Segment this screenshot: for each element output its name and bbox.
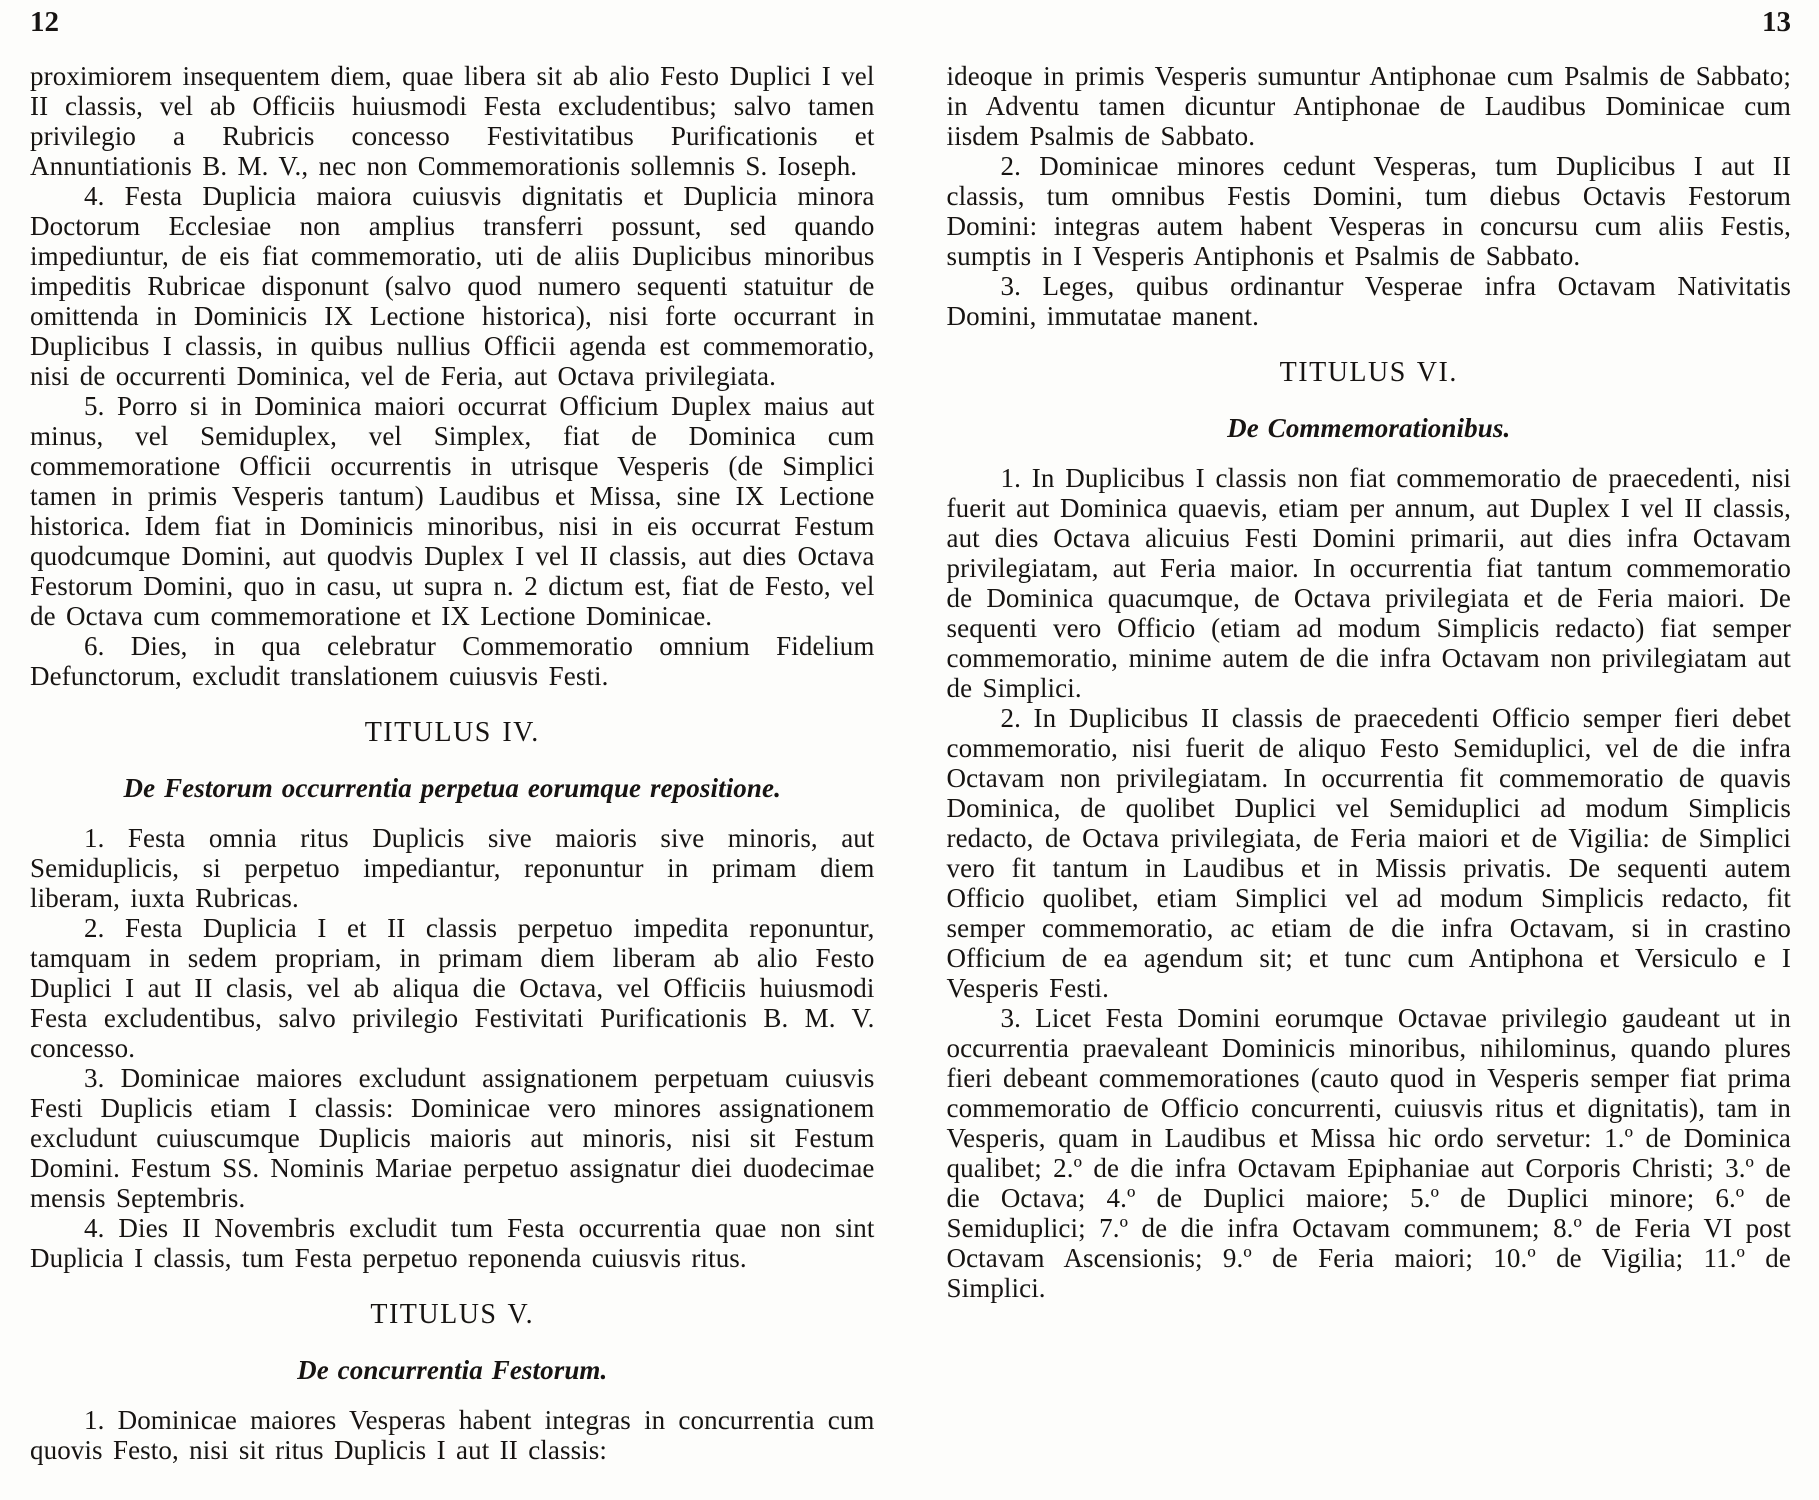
paragraph: 6. Dies, in qua celebratur Commemoratio … — [30, 631, 875, 691]
paragraph: 3. Dominicae maiores excludunt assignati… — [30, 1063, 875, 1213]
paragraph: 4. Dies II Novembris excludit tum Festa … — [30, 1213, 875, 1273]
page-13-text-column: ideoque in primis Vesperis sumuntur Anti… — [947, 61, 1792, 1303]
section-heading-titulus-vi: TITULUS VI. — [947, 358, 1792, 388]
section-subheading-titulus-v: De concurrentia Festorum. — [30, 1355, 875, 1385]
paragraph-continuation: proximiorem insequentem diem, quae liber… — [30, 61, 875, 181]
paragraph: 3. Leges, quibus ordinantur Vesperae inf… — [947, 271, 1792, 331]
page-12-text-column: proximiorem insequentem diem, quae liber… — [30, 61, 875, 1465]
paragraph: 3. Licet Festa Domini eorumque Octavae p… — [947, 1003, 1792, 1303]
paragraph: 1. Dominicae maiores Vesperas habent int… — [30, 1405, 875, 1465]
paragraph: 2. Festa Duplicia I et II classis perpet… — [30, 913, 875, 1063]
paragraph: 1. In Duplicibus I classis non fiat comm… — [947, 463, 1792, 703]
paragraph: 2. Dominicae minores cedunt Vesperas, tu… — [947, 151, 1792, 271]
section-heading-titulus-v: TITULUS V. — [30, 1300, 875, 1330]
page-12: 12 proximiorem insequentem diem, quae li… — [30, 8, 875, 1500]
section-heading-titulus-iv: TITULUS IV. — [30, 718, 875, 748]
page-number-left: 12 — [30, 8, 875, 37]
paragraph: 4. Festa Duplicia maiora cuiusvis dignit… — [30, 181, 875, 391]
book-spread: 12 proximiorem insequentem diem, quae li… — [0, 0, 1819, 1500]
paragraph: 2. In Duplicibus II classis de praeceden… — [947, 703, 1792, 1003]
section-subheading-titulus-iv: De Festorum occurrentia perpetua eorumqu… — [30, 773, 875, 803]
section-subheading-titulus-vi: De Commemorationibus. — [947, 413, 1792, 443]
page-13: 13 ideoque in primis Vesperis sumuntur A… — [947, 8, 1792, 1500]
paragraph: 5. Porro si in Dominica maiori occurrat … — [30, 391, 875, 631]
paragraph: 1. Festa omnia ritus Duplicis sive maior… — [30, 823, 875, 913]
paragraph-continuation: ideoque in primis Vesperis sumuntur Anti… — [947, 61, 1792, 151]
page-number-right: 13 — [947, 8, 1792, 37]
